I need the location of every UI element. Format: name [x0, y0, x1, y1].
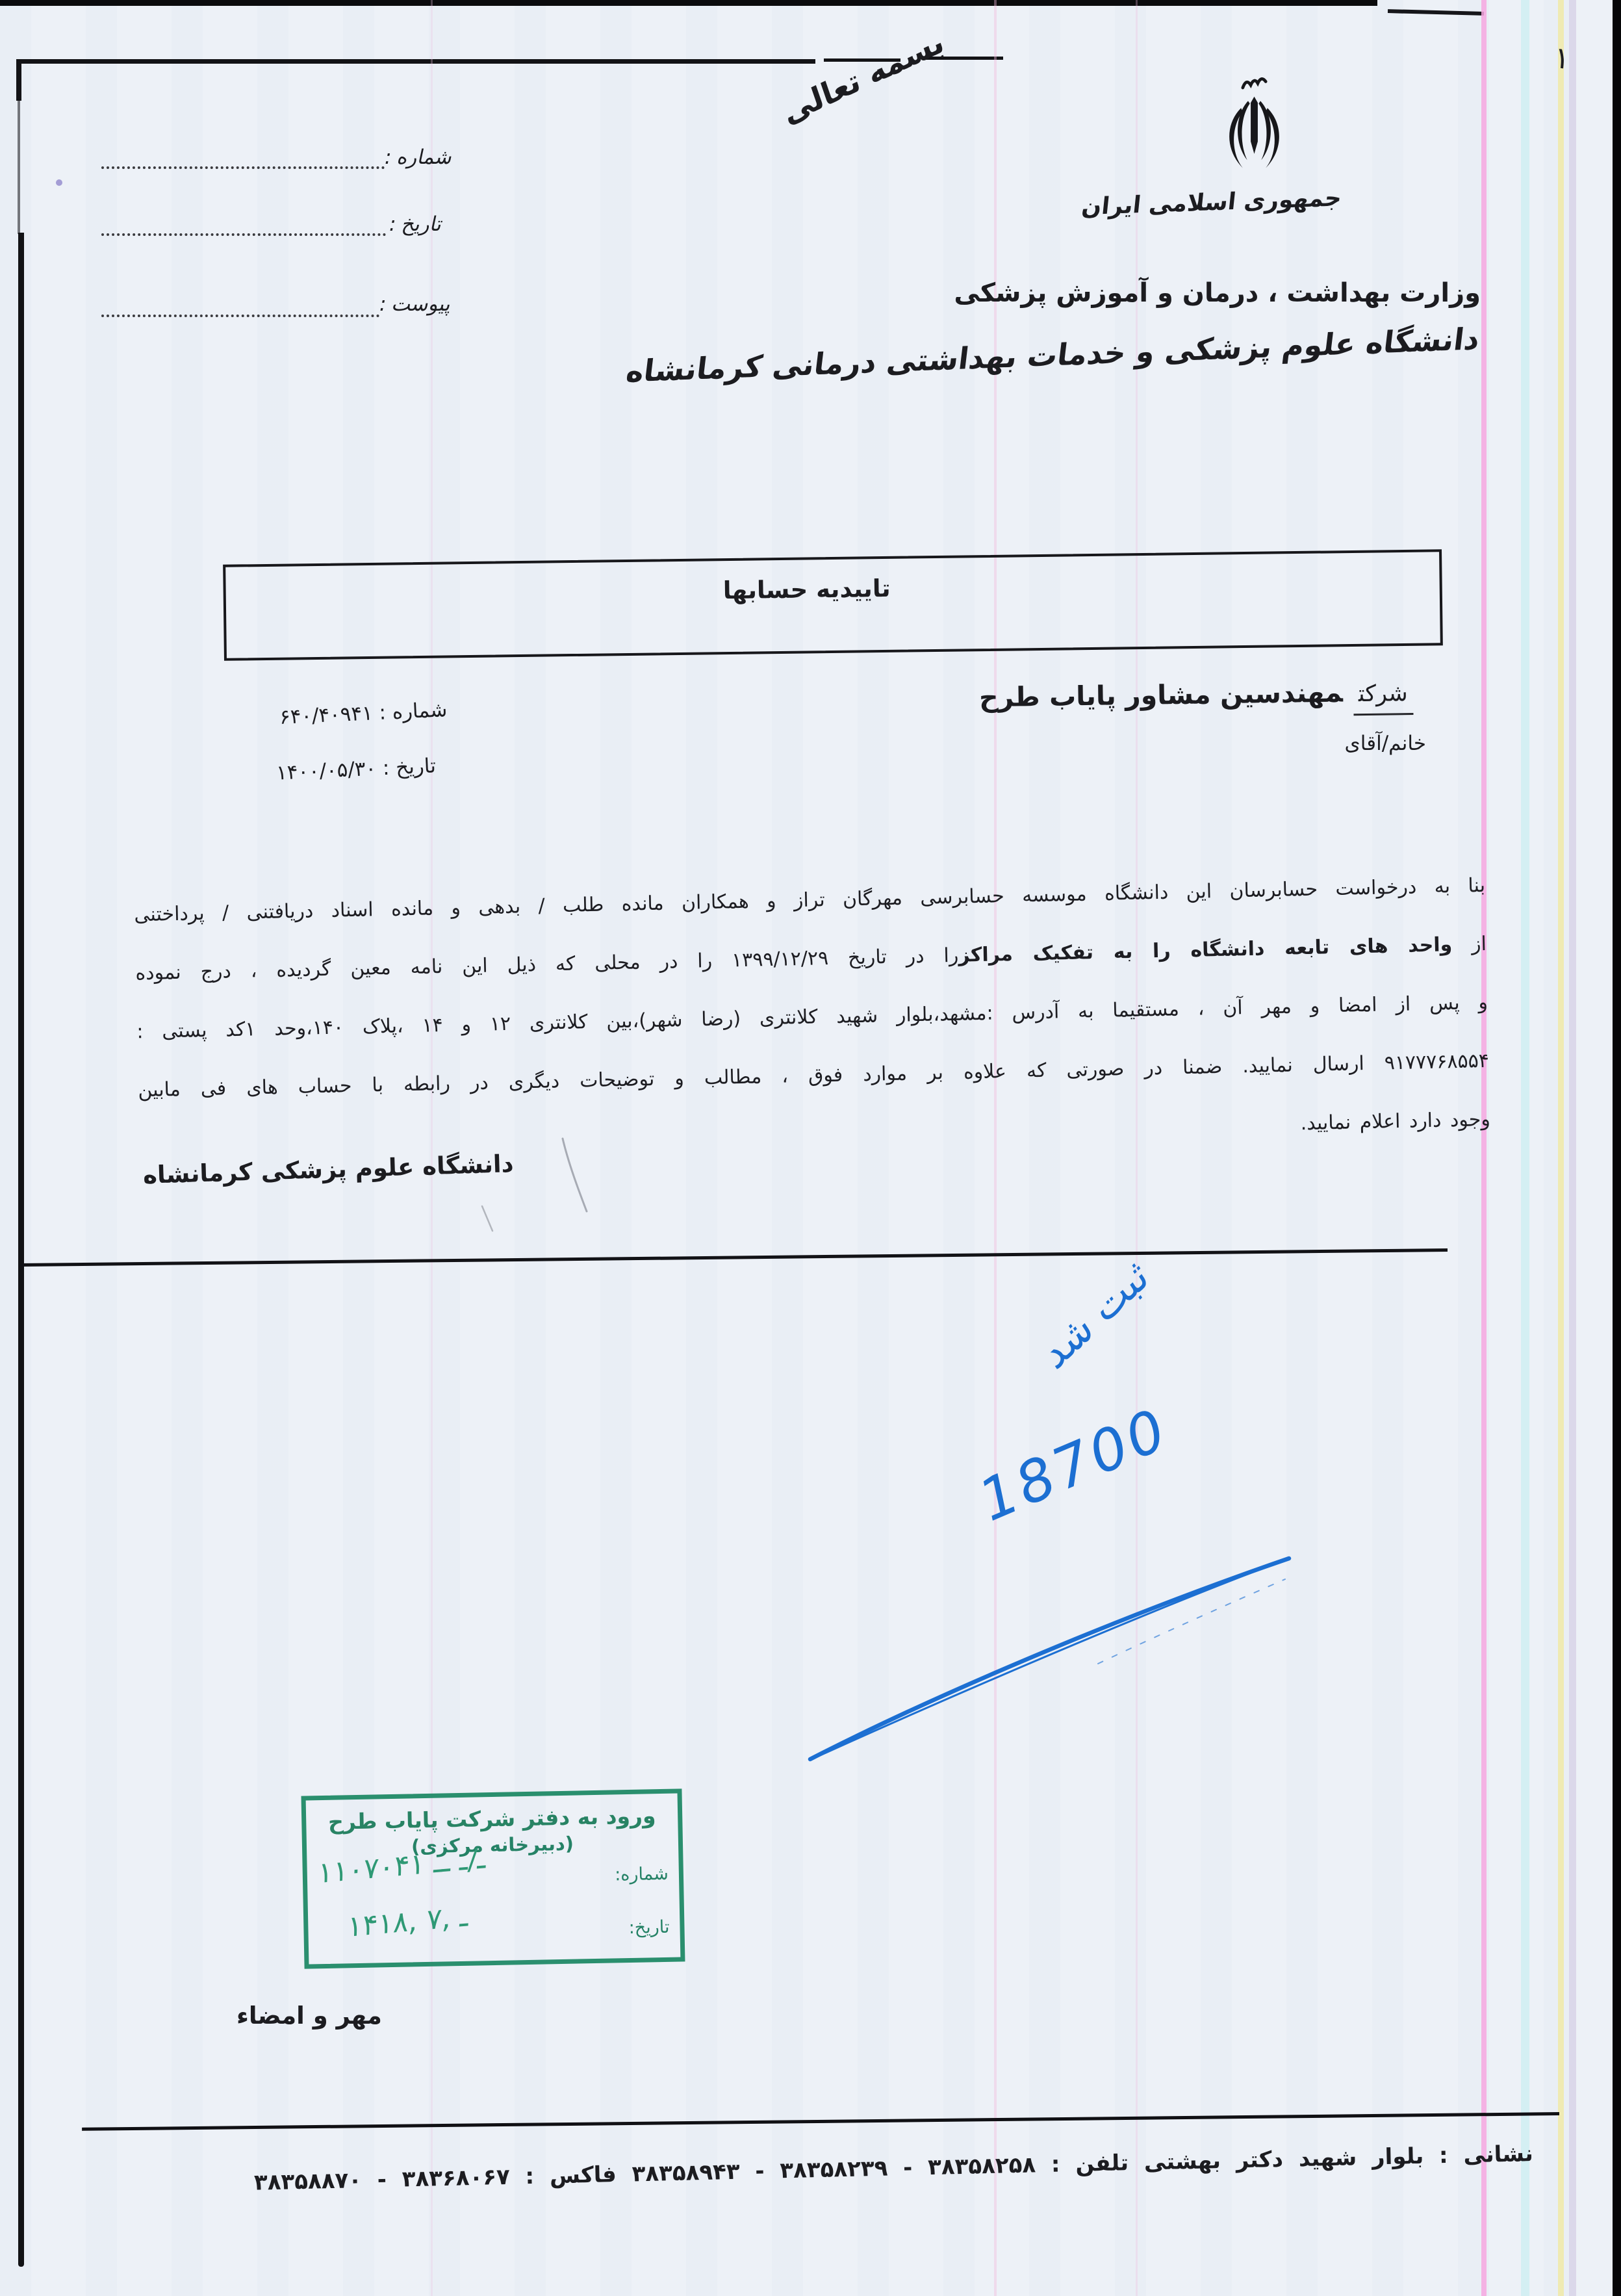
- letterhead-frame-corner: [16, 59, 21, 101]
- footer-address: نشانی : بلوار شهید دکتر بهشتی تلفن : ۳۸۳…: [253, 2141, 1533, 2196]
- letter-ref-number: شماره : ۶۴۰/۴۰۹۴۱: [279, 698, 448, 729]
- seal-and-signature-label: مهر و امضاء: [236, 2002, 382, 2030]
- letter-title: تاییدیه حسابها: [199, 568, 1413, 611]
- handwritten-note-word: ثبت شد: [1034, 1250, 1156, 1379]
- scan-stripe-lavender: [1569, 0, 1576, 2296]
- document-page: ۱ بسمه تعالی جمهوری اسلامی ایران وزارت ب…: [0, 0, 1621, 2296]
- letterhead-frame-corner: [18, 99, 20, 234]
- scan-edge-right: [1613, 0, 1621, 2296]
- scan-edge-top-dash: [1388, 9, 1484, 16]
- signature-stroke: [810, 1558, 1289, 1759]
- stamp-title: ورود به دفتر شرکت پایاب طرح: [306, 1803, 678, 1835]
- letter-ref-number-value: ۶۴۰/۴۰۹۴۱: [279, 701, 373, 729]
- salutation: خانم/آقای: [1345, 732, 1426, 755]
- signature-stroke-faint: [1098, 1579, 1285, 1664]
- ref-number-label: شماره :: [382, 146, 455, 169]
- scan-edge-left: [18, 233, 24, 2267]
- ministry-title: وزارت بهداشت ، درمان و آموزش پزشکی: [954, 278, 1481, 308]
- body-line-2-prefix: از: [1452, 933, 1487, 956]
- signature-stroke-double: [817, 1558, 1289, 1757]
- ink-speck: [56, 179, 62, 186]
- handwritten-note-number: 18700: [969, 1395, 1178, 1534]
- body-line-2-bold: واحد های تابعه دانشگاه را به تفکیک مراکز: [958, 933, 1453, 967]
- bismillah-calligraphy: بسمه تعالی: [778, 23, 949, 131]
- stamp-number-label: شماره:: [615, 1864, 669, 1885]
- body-line-2-rest: را در تاریخ ۱۳۹۹/۱۲/۲۹ را در محلی که ذیل…: [135, 944, 959, 985]
- divider-rule: [19, 1248, 1448, 1267]
- republic-title: جمهوری اسلامی ایران: [1126, 185, 1343, 219]
- iran-allah-emblem-icon: [1207, 75, 1301, 174]
- pencil-mark: [482, 1206, 492, 1231]
- letter-title-box: تاییدیه حسابها: [223, 549, 1443, 661]
- ref-date-dotted-line: [101, 233, 386, 236]
- recipient-name: مهندسین مشاور پایاب طرح: [979, 677, 1343, 714]
- ref-attachment-dotted-line: [101, 315, 379, 317]
- ref-number-dotted-line: [101, 166, 385, 169]
- ref-attachment-label: پیوست :: [377, 292, 453, 316]
- stamp-date-value: ۱۴ـ ,۷ ,۱۸: [346, 1900, 469, 1944]
- entry-stamp: ورود به دفتر شرکت پایاب طرح (دبیرخانه مر…: [301, 1788, 685, 1968]
- scan-edge-top: [0, 0, 1377, 6]
- letter-ref-number-label: شماره :: [379, 698, 448, 725]
- letter-body: بنا به درخواست حسابرسان این دانشگاه موسس…: [133, 857, 1490, 1178]
- letter-ref-date-value: ۱۴۰۰/۰۵/۳۰: [275, 757, 377, 785]
- ref-date-label: تاریخ :: [387, 213, 445, 236]
- recipient-prefix: شرکت: [1353, 680, 1414, 716]
- letter-ref-date: تاریخ : ۱۴۰۰/۰۵/۳۰: [275, 754, 436, 784]
- scan-stripe-cyan: [1521, 0, 1529, 2296]
- recipient-line: شرکتمهندسین مشاور پایاب طرح: [979, 676, 1413, 713]
- university-calligraphy: دانشگاه علوم پزشکی و خدمات بهداشتی درمان…: [624, 321, 1482, 389]
- scan-stripe-yellow: [1558, 0, 1564, 2296]
- letter-ref-date-label: تاریخ :: [382, 754, 437, 780]
- footer-rule: [82, 2112, 1559, 2131]
- letterhead-frame-line: [16, 59, 815, 64]
- stamp-date-label: تاریخ:: [628, 1917, 669, 1938]
